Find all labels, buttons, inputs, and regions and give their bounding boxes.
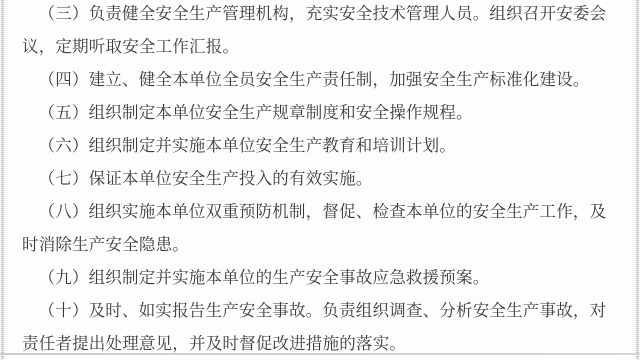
- text-line: （十）及时、如实报告生产安全事故。负责组织调查、分析安全生产事故，对: [22, 294, 588, 327]
- text-line: 时消除生产安全隐患。: [22, 228, 588, 261]
- text-line: 议，定期听取安全工作汇报。: [22, 30, 588, 63]
- document-page: （三）负责健全安全生产管理机构，充实安全技术管理人员。组织召开安委会 议，定期听…: [0, 0, 640, 360]
- document-body: （三）负责健全安全生产管理机构，充实安全技术管理人员。组织召开安委会 议，定期听…: [22, 0, 588, 360]
- paragraph-item-8: （八）组织实施本单位双重预防机制，督促、检查本单位的安全生产工作，及 时消除生产…: [22, 195, 588, 261]
- paragraph-item-4: （四）建立、健全本单位全员安全生产责任制，加强安全生产标准化建设。: [22, 63, 588, 96]
- paragraph-item-5: （五）组织制定本单位安全生产规章制度和安全操作规程。: [22, 96, 588, 129]
- text-line: （九）组织制定并实施本单位的生产安全事故应急救援预案。: [22, 261, 588, 294]
- text-line: （八）组织实施本单位双重预防机制，督促、检查本单位的安全生产工作，及: [22, 195, 588, 228]
- paragraph-item-10: （十）及时、如实报告生产安全事故。负责组织调查、分析安全生产事故，对 责任者提出…: [22, 294, 588, 360]
- page-border-right: [636, 0, 639, 360]
- text-line: 责任者提出处理意见，并及时督促改进措施的落实。: [22, 327, 588, 360]
- paragraph-item-7: （七）保证本单位安全生产投入的有效实施。: [22, 162, 588, 195]
- paragraph-item-3: （三）负责健全安全生产管理机构，充实安全技术管理人员。组织召开安委会 议，定期听…: [22, 0, 588, 63]
- text-line: （七）保证本单位安全生产投入的有效实施。: [22, 162, 588, 195]
- page-border-left: [1, 0, 4, 360]
- paragraph-item-9: （九）组织制定并实施本单位的生产安全事故应急救援预案。: [22, 261, 588, 294]
- text-line: （六）组织制定并实施本单位安全生产教育和培训计划。: [22, 129, 588, 162]
- text-line: （五）组织制定本单位安全生产规章制度和安全操作规程。: [22, 96, 588, 129]
- paragraph-item-6: （六）组织制定并实施本单位安全生产教育和培训计划。: [22, 129, 588, 162]
- text-line: （三）负责健全安全生产管理机构，充实安全技术管理人员。组织召开安委会: [22, 0, 588, 30]
- text-line: （四）建立、健全本单位全员安全生产责任制，加强安全生产标准化建设。: [22, 63, 588, 96]
